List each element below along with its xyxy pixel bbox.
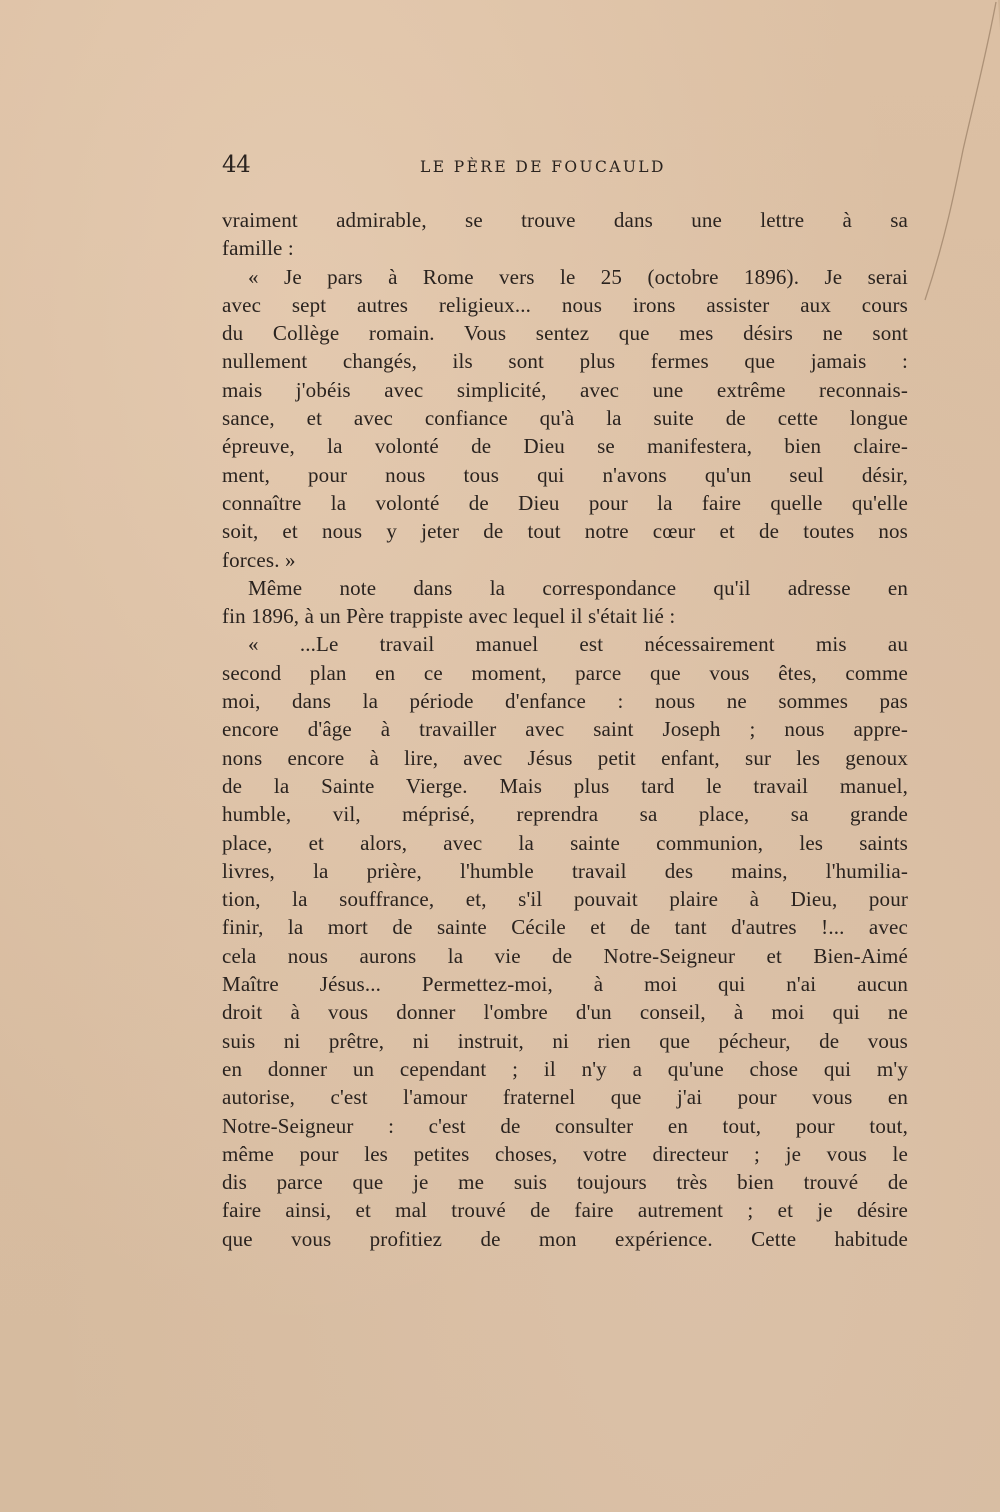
text-line: suis ni prêtre, ni instruit, ni rien que… (222, 1027, 908, 1055)
text-line: moi, dans la période d'enfance : nous ne… (222, 687, 908, 715)
text-line: sance, et avec confiance qu'à la suite d… (222, 404, 908, 432)
running-title: LE PÈRE DE FOUCAULD (420, 158, 666, 176)
text-line: humble, vil, méprisé, reprendra sa place… (222, 800, 908, 828)
text-line: soit, et nous y jeter de tout notre cœur… (222, 517, 908, 545)
text-line: finir, la mort de sainte Cécile et de ta… (222, 913, 908, 941)
text-line: épreuve, la volonté de Dieu se manifeste… (222, 432, 908, 460)
text-line: autorise, c'est l'amour fraternel que j'… (222, 1083, 908, 1111)
text-line: en donner un cependant ; il n'y a qu'une… (222, 1055, 908, 1083)
text-line: forces. » (222, 546, 908, 574)
text-line: « Je pars à Rome vers le 25 (octobre 189… (222, 263, 908, 291)
text-line: cela nous aurons la vie de Notre-Seigneu… (222, 942, 908, 970)
text-line: ment, pour nous tous qui n'avons qu'un s… (222, 461, 908, 489)
text-line: nullement changés, ils sont plus fermes … (222, 347, 908, 375)
text-line: fin 1896, à un Père trappiste avec leque… (222, 602, 908, 630)
text-line: dis parce que je me suis toujours très b… (222, 1168, 908, 1196)
text-line: Même note dans la correspondance qu'il a… (222, 574, 908, 602)
text-line: famille : (222, 234, 908, 262)
text-line: second plan en ce moment, parce que vous… (222, 659, 908, 687)
text-line: encore d'âge à travailler avec saint Jos… (222, 715, 908, 743)
text-line: faire ainsi, et mal trouvé de faire autr… (222, 1196, 908, 1224)
text-line: Maître Jésus... Permettez-moi, à moi qui… (222, 970, 908, 998)
text-line: connaître la volonté de Dieu pour la fai… (222, 489, 908, 517)
text-line: mais j'obéis avec simplicité, avec une e… (222, 376, 908, 404)
text-line: livres, la prière, l'humble travail des … (222, 857, 908, 885)
text-line: place, et alors, avec la sainte communio… (222, 829, 908, 857)
text-line: vraiment admirable, se trouve dans une l… (222, 206, 908, 234)
text-line: que vous profitiez de mon expérience. Ce… (222, 1225, 908, 1253)
page-number: 44 (222, 152, 250, 178)
body-text: vraiment admirable, se trouve dans une l… (222, 206, 908, 1253)
page-header: 44 LE PÈRE DE FOUCAULD (222, 152, 908, 184)
text-line: du Collège romain. Vous sentez que mes d… (222, 319, 908, 347)
text-line: « ...Le travail manuel est nécessairemen… (222, 630, 908, 658)
text-line: nons encore à lire, avec Jésus petit enf… (222, 744, 908, 772)
text-line: avec sept autres religieux... nous irons… (222, 291, 908, 319)
text-line: de la Sainte Vierge. Mais plus tard le t… (222, 772, 908, 800)
text-line: tion, la souffrance, et, s'il pouvait pl… (222, 885, 908, 913)
text-line: Notre-Seigneur : c'est de consulter en t… (222, 1112, 908, 1140)
text-line: droit à vous donner l'ombre d'un conseil… (222, 998, 908, 1026)
text-line: même pour les petites choses, votre dire… (222, 1140, 908, 1168)
